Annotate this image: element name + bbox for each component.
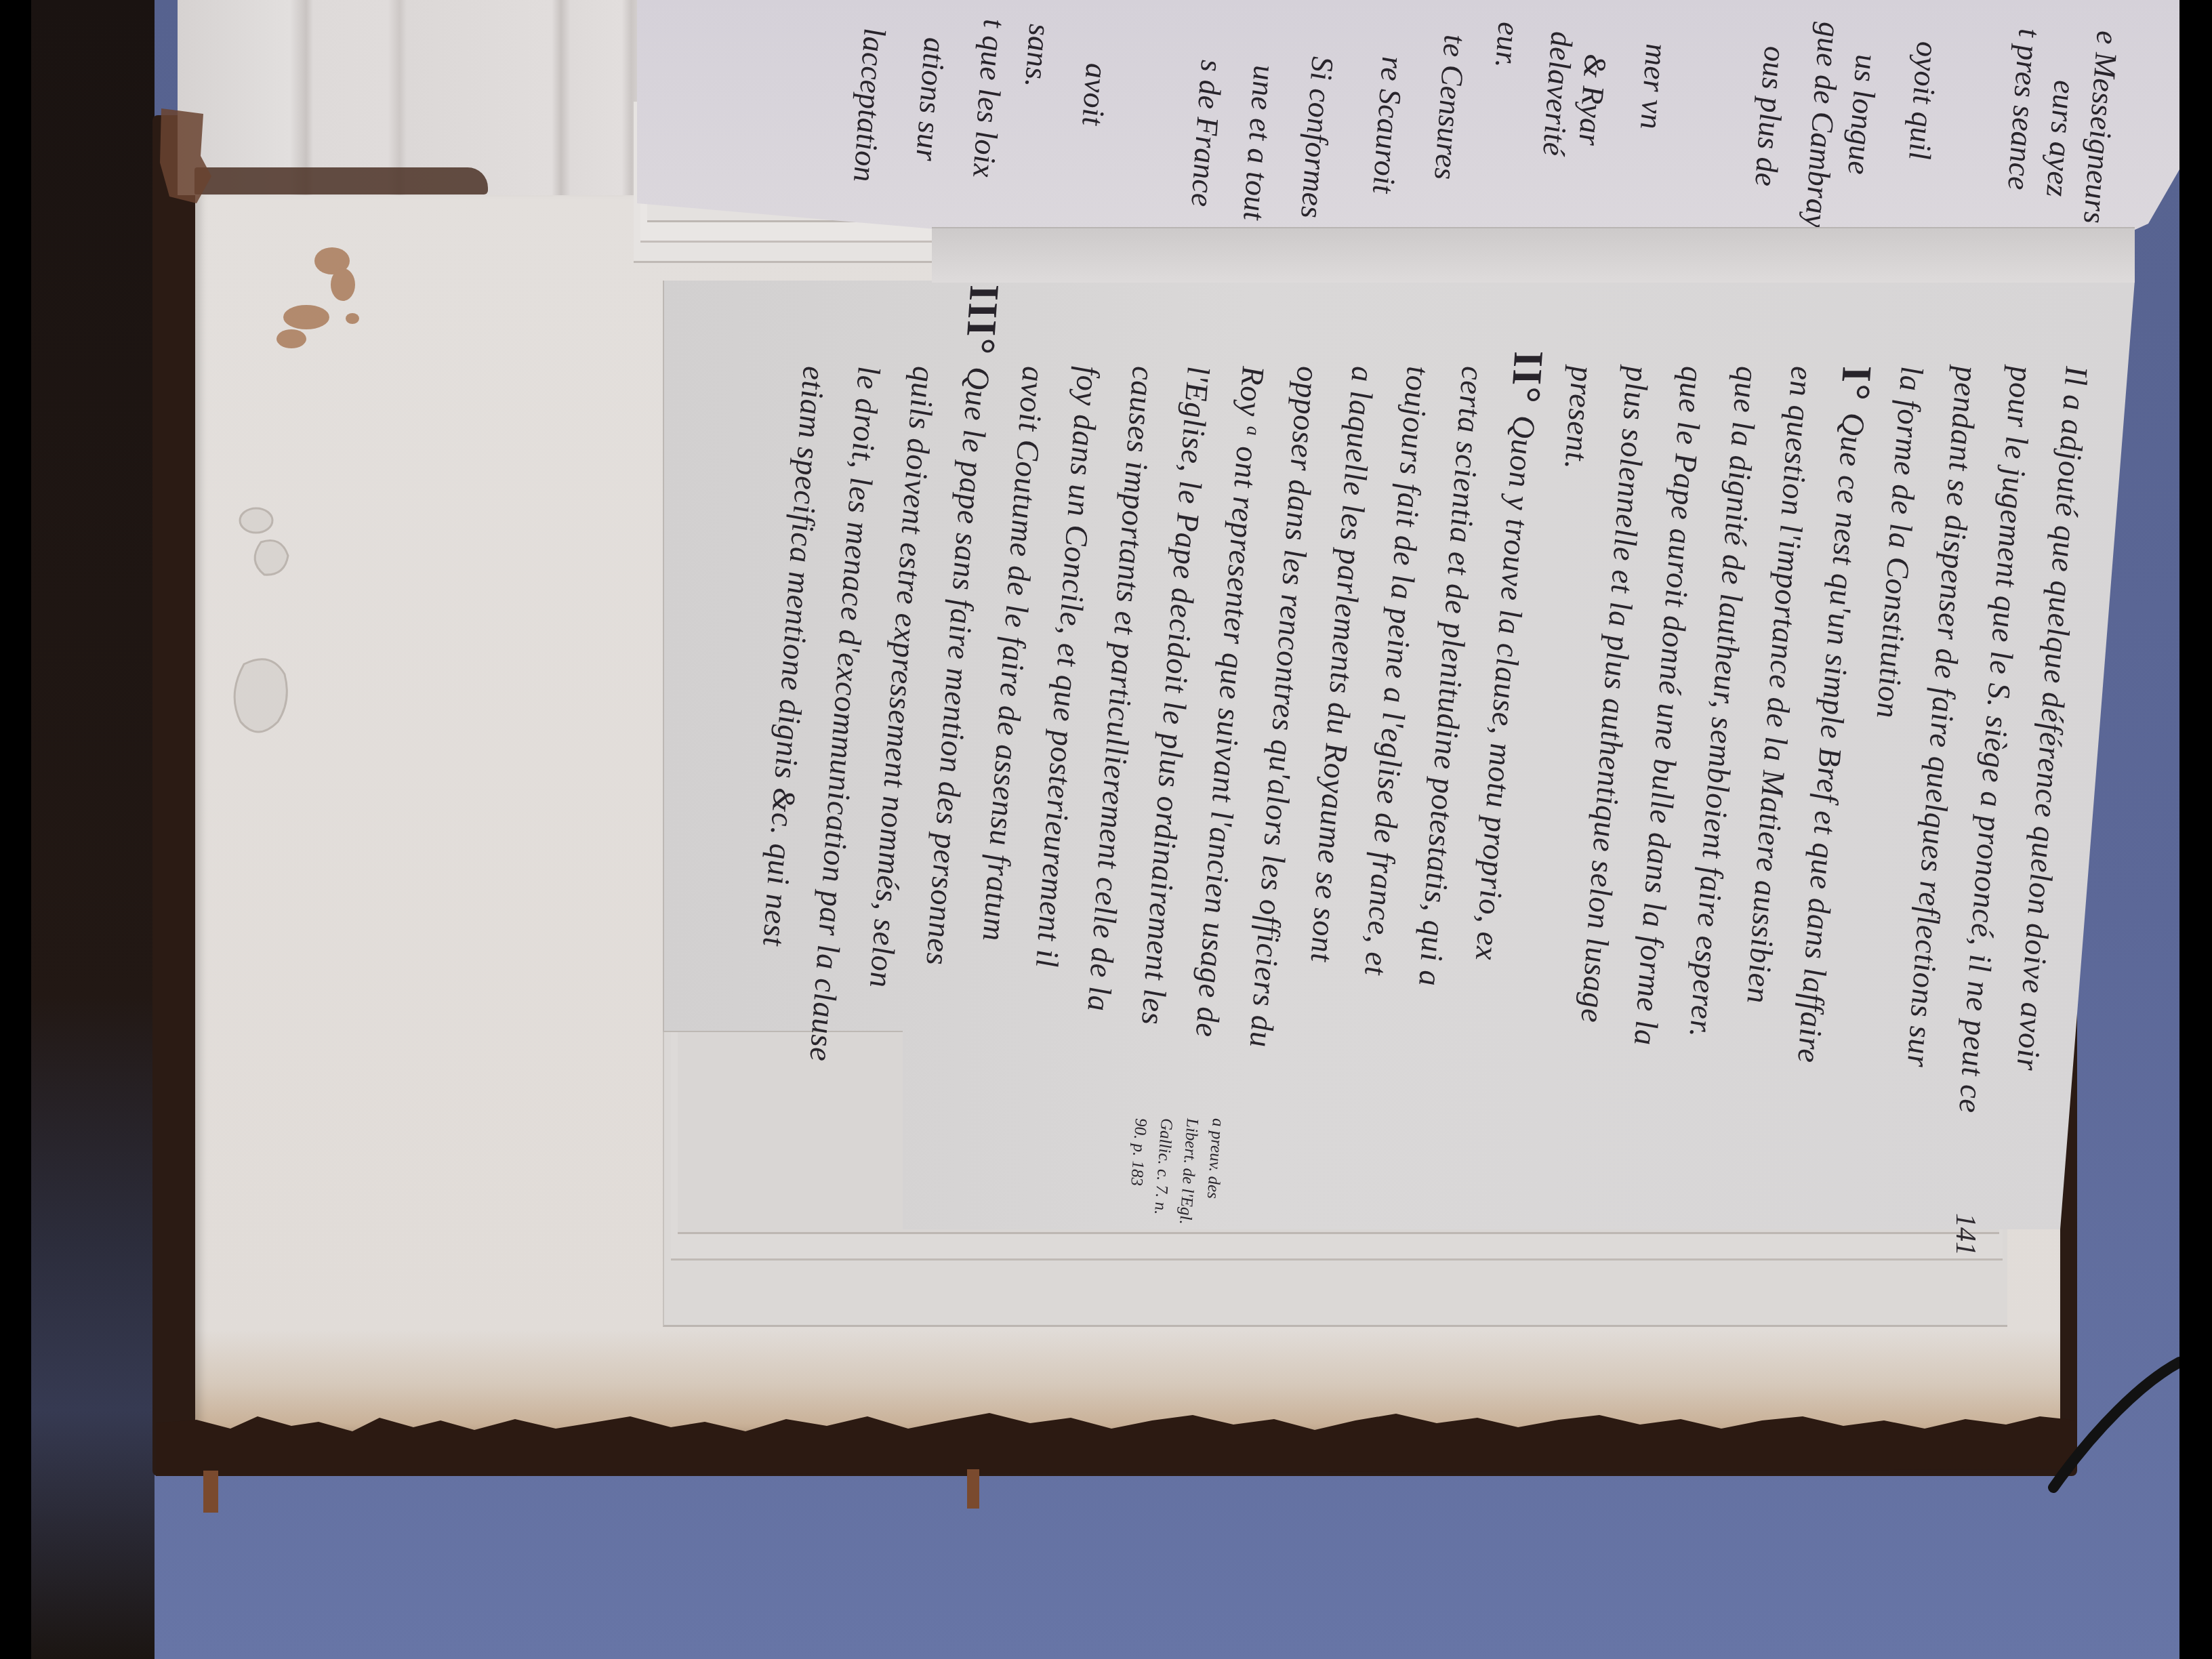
fragment-line: sans. (1019, 0, 1058, 87)
sheet-edge (663, 281, 664, 1031)
right-black-border (2179, 0, 2212, 1659)
section-numeral: III° (956, 285, 1007, 367)
left-black-border (0, 0, 31, 1659)
torn-fold-edge (194, 167, 488, 194)
section-numeral: I° (1830, 366, 1880, 413)
marginal-note: a preuv. des Libert. de l'Egl. Gallic. c… (1115, 1118, 1231, 1254)
dark-table-edge (31, 0, 155, 1659)
page-number: 141 (1949, 1213, 1982, 1267)
folded-paper-bundle (178, 0, 645, 195)
fragment-line: eur. (1490, 0, 1527, 68)
sheet-top-fold (932, 227, 2135, 283)
manuscript-text-block: Il a adjouté que quelque déférence quelo… (733, 366, 2104, 1125)
section-numeral: II° (1501, 351, 1552, 415)
